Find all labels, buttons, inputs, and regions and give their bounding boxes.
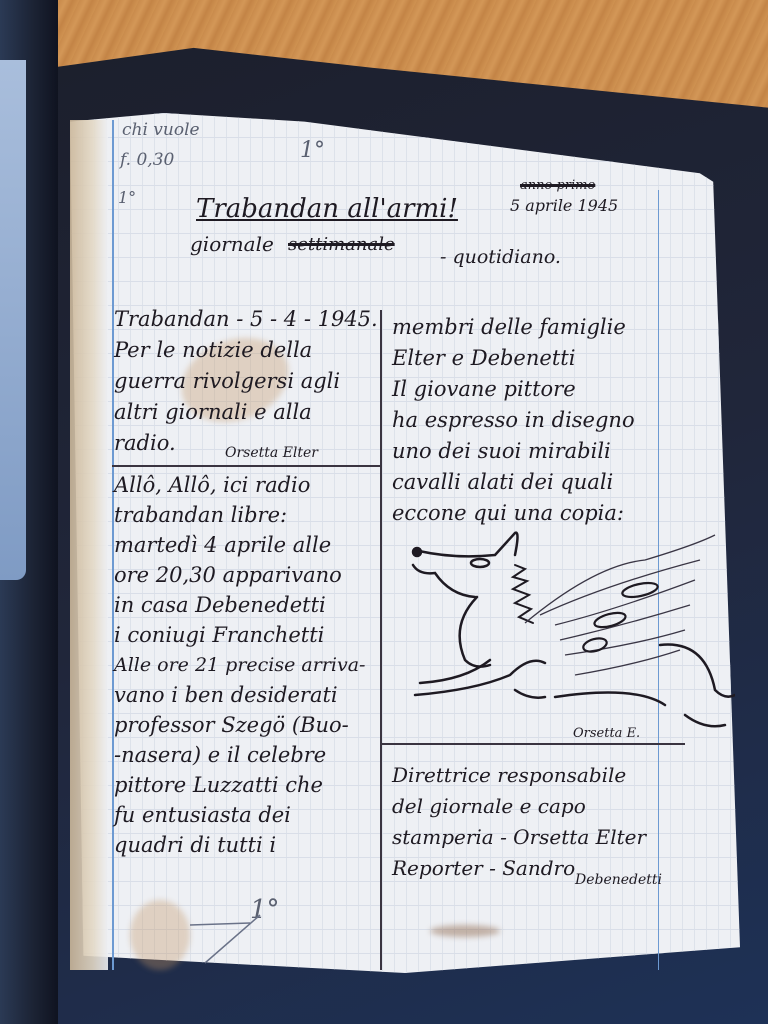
article-line: Il giovane pittore	[392, 374, 635, 405]
pencil-stroke-icon	[190, 905, 300, 965]
article-radio-report: Allô, Allô, ici radio trabandan libre: m…	[114, 470, 365, 860]
article-line: membri delle famiglie	[392, 312, 635, 343]
issue-marker: 1°	[300, 138, 325, 163]
article-line: fu entusiasta dei	[114, 800, 365, 830]
price-note-line1: chi vuole	[122, 120, 200, 140]
article-line: martedì 4 aprile alle	[114, 530, 365, 560]
struck-header-text: anno primo	[520, 178, 595, 193]
article-line: Allô, Allô, ici radio	[114, 470, 365, 500]
paper-stain	[430, 925, 500, 937]
newspaper-title: Trabandan all'armi!	[196, 194, 458, 224]
credits-line: del giornale e capo	[392, 791, 646, 822]
column-divider	[380, 310, 382, 970]
article-line: uno dei suoi mirabili	[392, 436, 635, 467]
article-line: ha espresso in disegno	[392, 405, 635, 436]
issue-marker-left: 1°	[118, 188, 136, 207]
article-line: in casa Debenedetti	[114, 590, 365, 620]
subtitle-struck: settimanale	[288, 234, 395, 255]
reporter-surname: Debenedetti	[575, 872, 662, 888]
article-signature: Orsetta Elter	[225, 445, 318, 461]
subtitle-suffix: - quotidiano.	[440, 246, 561, 268]
article-line: Trabandan - 5 - 4 - 1945.	[114, 304, 378, 335]
credits-line: Direttrice responsabile	[392, 760, 646, 791]
article-line: professor Szegö (Buo-	[114, 710, 365, 740]
subtitle-prefix: giornale	[190, 232, 274, 256]
article-line: quadri di tutti i	[114, 830, 365, 860]
newspaper-credits: Direttrice responsabile del giornale e c…	[392, 760, 646, 884]
article-line: Per le notizie della	[114, 335, 378, 366]
article-line: altri giornali e alla	[114, 397, 378, 428]
left-article-divider	[112, 465, 380, 467]
article-line: Alle ore 21 precise arriva-	[114, 650, 365, 680]
price-note-line2: f. 0,30	[120, 150, 174, 170]
article-war-news: Trabandan - 5 - 4 - 1945. Per le notizie…	[114, 304, 378, 459]
article-line: vano i ben desiderati	[114, 680, 365, 710]
right-section-divider	[380, 743, 685, 745]
paper-binding-edge	[70, 120, 108, 970]
article-line: i coniugi Franchetti	[114, 620, 365, 650]
article-line: ore 20,30 apparivano	[114, 560, 365, 590]
winged-horse-drawing-icon	[395, 525, 735, 735]
paper-stain	[130, 900, 190, 970]
drawing-signature: Orsetta E.	[573, 726, 640, 741]
article-continuation: membri delle famiglie Elter e Debenetti …	[392, 312, 635, 529]
article-line: Elter e Debenetti	[392, 343, 635, 374]
article-line: -nasera) e il celebre	[114, 740, 365, 770]
credits-line: stamperia - Orsetta Elter	[392, 822, 646, 853]
book-left-page-sliver	[0, 60, 26, 580]
article-line: trabandan libre:	[114, 500, 365, 530]
issue-date: 5 aprile 1945	[510, 196, 618, 215]
article-line: guerra rivolgersi agli	[114, 366, 378, 397]
article-line: cavalli alati dei quali	[392, 467, 635, 498]
article-line: pittore Luzzatti che	[114, 770, 365, 800]
